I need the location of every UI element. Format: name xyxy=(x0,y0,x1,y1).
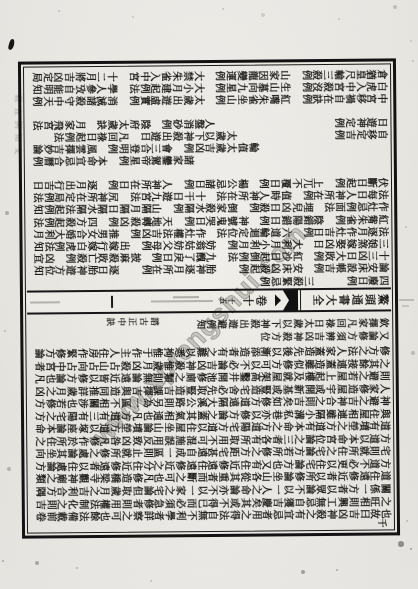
upper-text-block-2: 日遊神定例人盤消砂例陰府太歲訣月家飛宮法自移定吉例太歲以下神殺出遊日凡回祿日起例… xyxy=(29,116,386,167)
faded-dash xyxy=(30,301,60,303)
margin-dash xyxy=(402,305,409,307)
column-tick-mark xyxy=(111,296,113,308)
page-number-label: 十五 xyxy=(217,293,235,309)
book-title-text: 鰲頭通書大全 xyxy=(301,289,389,310)
text-column: 中宮移禍自在訣例紅嘴朱雀坐山例太歲出遊虛實例消滅諸殺守中天例 xyxy=(29,92,386,107)
scan-speck-noise xyxy=(0,0,2,2)
page-content: 倉猶皇尺輸三殺例山家因龍變運例大禁朱雀入中宮十二月將吉凶定局白虎入中宮殺沒例生山… xyxy=(25,65,393,531)
lower-text-block: 修方之法人家蓋造先後以漸添造者有之難以悉拘惟于作主人住房作緊修方論之其餘接連蓋造… xyxy=(31,344,390,523)
fishtail-tip-icon xyxy=(275,294,281,306)
upper-text-block-1: 倉猶皇尺輸三殺例山家因龍變運例大禁朱雀入中宮十二月將吉凶定局白虎入中宮殺沒例生山… xyxy=(29,68,386,107)
margin-dash xyxy=(399,299,414,301)
book-title: 鰲頭通書大全 xyxy=(300,289,389,310)
faded-dash xyxy=(151,300,213,303)
page-number-text: 十五 xyxy=(217,293,235,309)
frame-inner-rule: 倉猶皇尺輸三殺例山家因龍變運例大禁朱雀入中宮十二月將吉凶定局白虎入中宮殺沒例生山… xyxy=(23,63,395,533)
woodblock-frame: 倉猶皇尺輸三殺例山家因龍變運例大禁朱雀入中宮十二月將吉凶定局白虎入中宮殺沒例生山… xyxy=(18,58,400,538)
centerfold-colophon-strip: 鰲頭通書大全 卷十 十五 xyxy=(27,287,391,314)
faded-dash xyxy=(173,296,199,298)
fishtail-icon xyxy=(283,290,298,310)
text-column: 又論修方須辨吉凶神殺方位 xyxy=(31,329,388,345)
lower-partial-columns: 欽擇家凡回祿日太歲以下神殺出遊避例知又論修方須辨吉凶神殺方位 xyxy=(31,316,388,344)
upper-text-block-3: 伏斷日起例上兀不覆日例楊公忌諸日例人神所在日例逐月出行吉日法每日人神所在例值時人… xyxy=(30,176,388,289)
text-column: 諸家鑾駕帝星例本命宜忌合曆例 xyxy=(30,152,387,167)
volume-label: 卷十 xyxy=(237,290,267,310)
ink-blot-mark xyxy=(8,39,16,51)
volume-text: 卷十 xyxy=(237,290,267,310)
scanned-book-page: 殺宜例知文 倉猶皇尺輸三殺例山家因龍變運例大禁朱雀入中宮十二月將吉凶定局白虎入中… xyxy=(0,0,418,589)
stray-character: 千 xyxy=(375,517,386,528)
text-column: 也故曰吉凶神殺之有宜忌者用之得法自無不利學者詳察之可也餘法備載前卷 xyxy=(33,508,390,524)
